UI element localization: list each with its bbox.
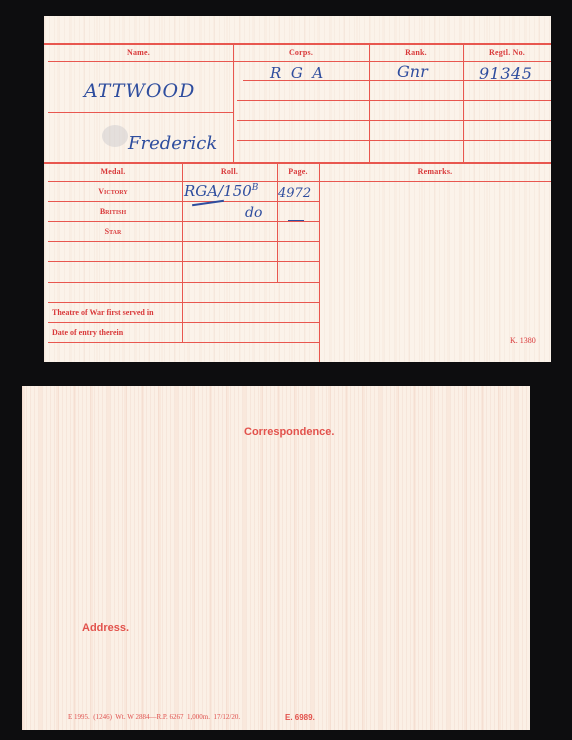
header-rank: Rank. — [369, 48, 463, 57]
header-medal: Medal. — [44, 167, 182, 176]
victory-roll-entry: RGA/150B — [184, 182, 258, 200]
rule-line — [237, 100, 551, 101]
date-of-entry-label: Date of entry therein — [52, 328, 123, 337]
rule-line — [48, 201, 319, 202]
rule-line — [237, 140, 551, 141]
divider-corps-rank — [369, 43, 370, 163]
header-name: Name. — [44, 48, 233, 57]
regt-no-entry: 91345 — [479, 64, 532, 83]
header-remarks: Remarks. — [319, 167, 551, 176]
divider-rank-regt — [463, 43, 464, 163]
victory-roll-suffix: B — [252, 183, 259, 193]
medal-index-card-back: Correspondence. Address. E 1995. (1246) … — [22, 386, 530, 730]
rule-under-headers — [48, 61, 551, 62]
british-page-entry — [288, 220, 304, 221]
rule-remarks-header — [319, 181, 551, 182]
rule-line — [48, 241, 319, 242]
rule-line — [237, 120, 551, 121]
victory-roll-text: RGA/150 — [184, 182, 252, 200]
faded-stamp-mark — [102, 125, 128, 147]
theatre-of-war-label: Theatre of War first served in — [52, 308, 154, 317]
rule-name-divider — [48, 112, 233, 113]
rule-line — [48, 302, 319, 303]
rule-top — [44, 43, 551, 45]
forename-entry: Frederick — [128, 133, 217, 154]
medal-index-card-front: Name. Corps. Rank. Regtl. No. ATTWOOD Fr… — [44, 16, 551, 362]
rule-line — [48, 322, 319, 323]
rank-entry: Gnr — [397, 62, 428, 81]
rule-section-divider — [44, 162, 551, 164]
header-corps: Corps. — [233, 48, 369, 57]
header-regt-no: Regtl. No. — [463, 48, 551, 57]
victory-page-entry: 4972 — [278, 186, 311, 201]
printer-imprint: E 1995. (1246) Wt. W 2884—R.P. 6267 1,00… — [68, 713, 240, 721]
rule-line — [48, 282, 319, 283]
divider-medal-roll — [182, 163, 183, 343]
printer-code: E. 6989. — [285, 713, 315, 722]
rule-line — [48, 342, 319, 343]
correspondence-label: Correspondence. — [244, 426, 334, 438]
rule-line — [48, 221, 319, 222]
header-roll: Roll. — [182, 167, 277, 176]
header-page: Page. — [277, 167, 319, 176]
divider-name-corps — [233, 43, 234, 163]
medal-label-victory: Victory — [44, 187, 182, 196]
form-code: K. 1380 — [510, 336, 536, 345]
rule-line — [48, 261, 319, 262]
corps-entry: R G A — [270, 64, 323, 82]
address-label: Address. — [82, 622, 129, 634]
divider-page-remarks — [319, 163, 320, 362]
british-roll-entry: do — [245, 205, 262, 221]
surname-entry: ATTWOOD — [84, 80, 195, 102]
medal-label-star: Star — [44, 227, 182, 236]
medal-label-british: British — [44, 207, 182, 216]
